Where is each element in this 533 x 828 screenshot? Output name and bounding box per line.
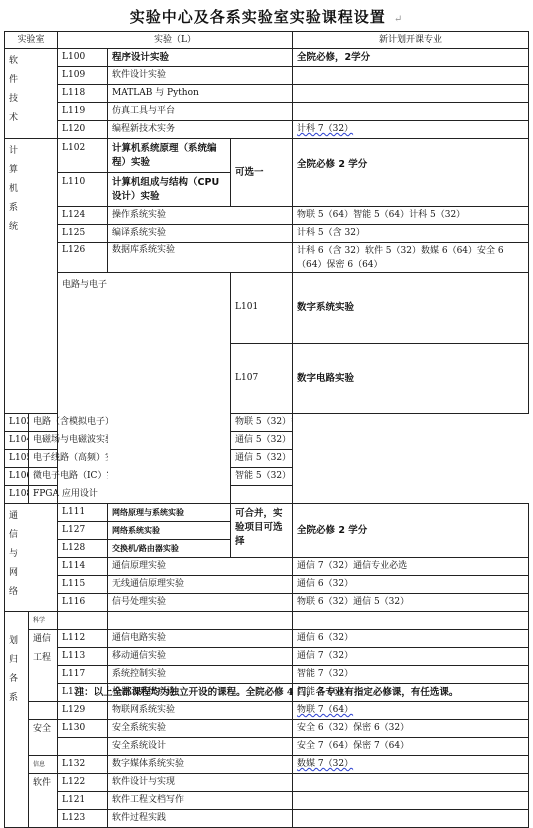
header-experiment: 实验（L） — [58, 32, 293, 49]
course-majors: 全院必修 2 学分 — [293, 139, 529, 207]
table-row: L105电子线路（高频）实验通信 5（32） — [5, 450, 529, 468]
course-code: L127 — [58, 522, 108, 540]
course-code: L125 — [58, 225, 108, 243]
course-code: L103 — [5, 414, 29, 432]
course-name: 数字电路实验 — [293, 343, 529, 414]
lab-computer: 计算机系统 — [5, 139, 58, 414]
course-name: 微电子电路（IC）实验 — [29, 468, 108, 486]
course-majors — [293, 103, 529, 121]
table-row: L108FPGA 应用设计 — [5, 486, 529, 504]
course-name: 计算机组成与结构（CPU 设计）实验 — [108, 173, 231, 207]
course-code: L116 — [58, 594, 108, 612]
table-header-row: 实验室 实验（L） 新计划开课专业 — [5, 32, 529, 49]
course-code: L128 — [58, 540, 108, 558]
table-row: L115无线通信原理实验通信 6（32） — [5, 576, 529, 594]
course-majors: 智能 7（32） — [293, 666, 529, 684]
lab-software: 软件技术 — [5, 49, 58, 139]
sub-label-science: 科学 — [29, 612, 58, 630]
course-name: 计算机系统原理（系统编程）实验 — [108, 139, 231, 173]
table-row: L114通信原理实验通信 7（32）通信专业必选 — [5, 558, 529, 576]
course-name: 编译系统实验 — [108, 225, 293, 243]
header-lab: 实验室 — [5, 32, 58, 49]
course-majors: 计科 7（32） — [293, 121, 529, 139]
course-majors: 通信 7（32）通信专业必选 — [293, 558, 529, 576]
course-name: 软件设计实验 — [108, 67, 293, 85]
course-majors: 通信 6（32） — [293, 630, 529, 648]
table-row: 电路与电子 L101 数字系统实验 可合并，实验项目可选择 全院必修 2 学分 — [5, 273, 529, 344]
course-table: 实验室 实验（L） 新计划开课专业 软件技术 L100 程序设计实验 全院必修，… — [4, 31, 529, 700]
course-code: L101 — [231, 273, 293, 344]
course-name: 数字系统实验 — [293, 273, 529, 344]
course-majors: 通信 5（32） — [231, 450, 293, 468]
course-majors — [293, 67, 529, 85]
course-code: L110 — [58, 173, 108, 207]
course-name: 编程新技术实务 — [108, 121, 293, 139]
course-name — [108, 612, 293, 630]
course-code: L126 — [58, 243, 108, 273]
course-name: 电路（含模拟电子）实验 — [29, 414, 108, 432]
course-code: L119 — [58, 103, 108, 121]
course-code: L114 — [58, 558, 108, 576]
course-name: 网络系统实验 — [108, 522, 231, 540]
course-name: 程序设计实验 — [108, 49, 293, 67]
footnote: 注：以上全部课程均为独立开设的课程。全院必修 4 门，各专业有指定必修课，有任选… — [0, 684, 533, 698]
course-name: 数据库系统实验 — [108, 243, 293, 273]
course-name: 系统控制实验 — [108, 666, 293, 684]
course-name: 操作系统实验 — [108, 207, 293, 225]
course-majors: 物联 5（32）智能 5（32）通信 5（64） — [231, 414, 293, 432]
table-row: L106微电子电路（IC）实验智能 5（32） — [5, 468, 529, 486]
course-majors — [293, 612, 529, 630]
course-code: L112 — [58, 630, 108, 648]
course-name: MATLAB 与 Python — [108, 85, 293, 103]
page-title: 实验中心及各系实验室实验课程设置↵ — [0, 6, 533, 27]
course-name: 通信电路实验 — [108, 630, 293, 648]
course-majors: 通信 6（32） — [293, 576, 529, 594]
table-row: L125编译系统实验计科 5（含 32） — [5, 225, 529, 243]
table-row: 划归各系 科学 — [5, 612, 529, 630]
course-majors: 智能 5（32） — [231, 468, 293, 486]
table-row: L124操作系统实验物联 5（64）智能 5（64）计科 5（32） — [5, 207, 529, 225]
course-code — [58, 612, 108, 630]
table-row: L104电磁场与电磁波实验通信 5（32） — [5, 432, 529, 450]
course-code: L117 — [58, 666, 108, 684]
course-name: 移动通信实验 — [108, 648, 293, 666]
course-code: L118 — [58, 85, 108, 103]
course-name: FPGA 应用设计 — [29, 486, 108, 504]
course-name: 交换机/路由器实验 — [108, 540, 231, 558]
course-code: L106 — [5, 468, 29, 486]
table-row: 通信与网络 L111 网络原理与系统实验 可合并，实验项目可选择 全院必修 2 … — [5, 504, 529, 522]
course-code: L108 — [5, 486, 29, 504]
course-code: L111 — [58, 504, 108, 522]
table-row: L103电路（含模拟电子）实验物联 5（32）智能 5（32）通信 5（64） — [5, 414, 529, 432]
course-name: 无线通信原理实验 — [108, 576, 293, 594]
elective-note: 可选一 — [231, 139, 293, 207]
course-code: L105 — [5, 450, 29, 468]
course-code: L102 — [58, 139, 108, 173]
course-majors: 计科 5（含 32） — [293, 225, 529, 243]
course-code: L104 — [5, 432, 29, 450]
course-name: 电子线路（高频）实验 — [29, 450, 108, 468]
table-row: L116信号处理实验物联 6（32）通信 5（32） — [5, 594, 529, 612]
course-name: 电磁场与电磁波实验 — [29, 432, 108, 450]
title-text: 实验中心及各系实验室实验课程设置 — [130, 8, 386, 26]
table-row: L113移动通信实验通信 7（32） — [5, 648, 529, 666]
course-majors: 物联 5（64）智能 5（64）计科 5（32） — [293, 207, 529, 225]
course-name: 通信原理实验 — [108, 558, 293, 576]
lab-network: 通信与网络 — [5, 504, 58, 612]
course-name: 信号处理实验 — [108, 594, 293, 612]
table-row: L117系统控制实验智能 7（32） — [5, 666, 529, 684]
course-majors: 计科 6（含 32）软件 5（32）数媒 6（64）安全 6（64）保密 6（6… — [293, 243, 529, 273]
table-row: L118MATLAB 与 Python — [5, 85, 529, 103]
course-majors — [293, 85, 529, 103]
course-majors: 通信 5（32） — [231, 432, 293, 450]
course-code: L120 — [58, 121, 108, 139]
table-row: L119仿真工具与平台 — [5, 103, 529, 121]
table-row: L126数据库系统实验计科 6（含 32）软件 5（32）数媒 6（64）安全 … — [5, 243, 529, 273]
spellcheck-word: 计科 7（32） — [297, 124, 353, 134]
course-code: L124 — [58, 207, 108, 225]
table-row: 计算机系统 L102 计算机系统原理（系统编程）实验 可选一 全院必修 2 学分 — [5, 139, 529, 173]
table-row: L120编程新技术实务计科 7（32） — [5, 121, 529, 139]
course-code: L107 — [231, 343, 293, 414]
paragraph-mark-icon: ↵ — [394, 14, 403, 25]
course-majors: 全院必修 2 学分 — [293, 504, 529, 558]
header-majors: 新计划开课专业 — [293, 32, 529, 49]
course-code: L115 — [58, 576, 108, 594]
course-majors: 全院必修，2学分 — [293, 49, 529, 67]
course-majors: 通信 7（32） — [293, 648, 529, 666]
course-code: L100 — [58, 49, 108, 67]
table-row: L109软件设计实验 — [5, 67, 529, 85]
course-majors — [231, 486, 293, 504]
merge-note: 可合并，实验项目可选择 — [231, 504, 293, 558]
table-row: 通信工程 L112通信电路实验通信 6（32） — [5, 630, 529, 648]
course-code: L113 — [58, 648, 108, 666]
course-majors: 物联 6（32）通信 5（32） — [293, 594, 529, 612]
course-name: 仿真工具与平台 — [108, 103, 293, 121]
table-row: 软件技术 L100 程序设计实验 全院必修，2学分 — [5, 49, 529, 67]
course-code: L109 — [58, 67, 108, 85]
course-name: 网络原理与系统实验 — [108, 504, 231, 522]
